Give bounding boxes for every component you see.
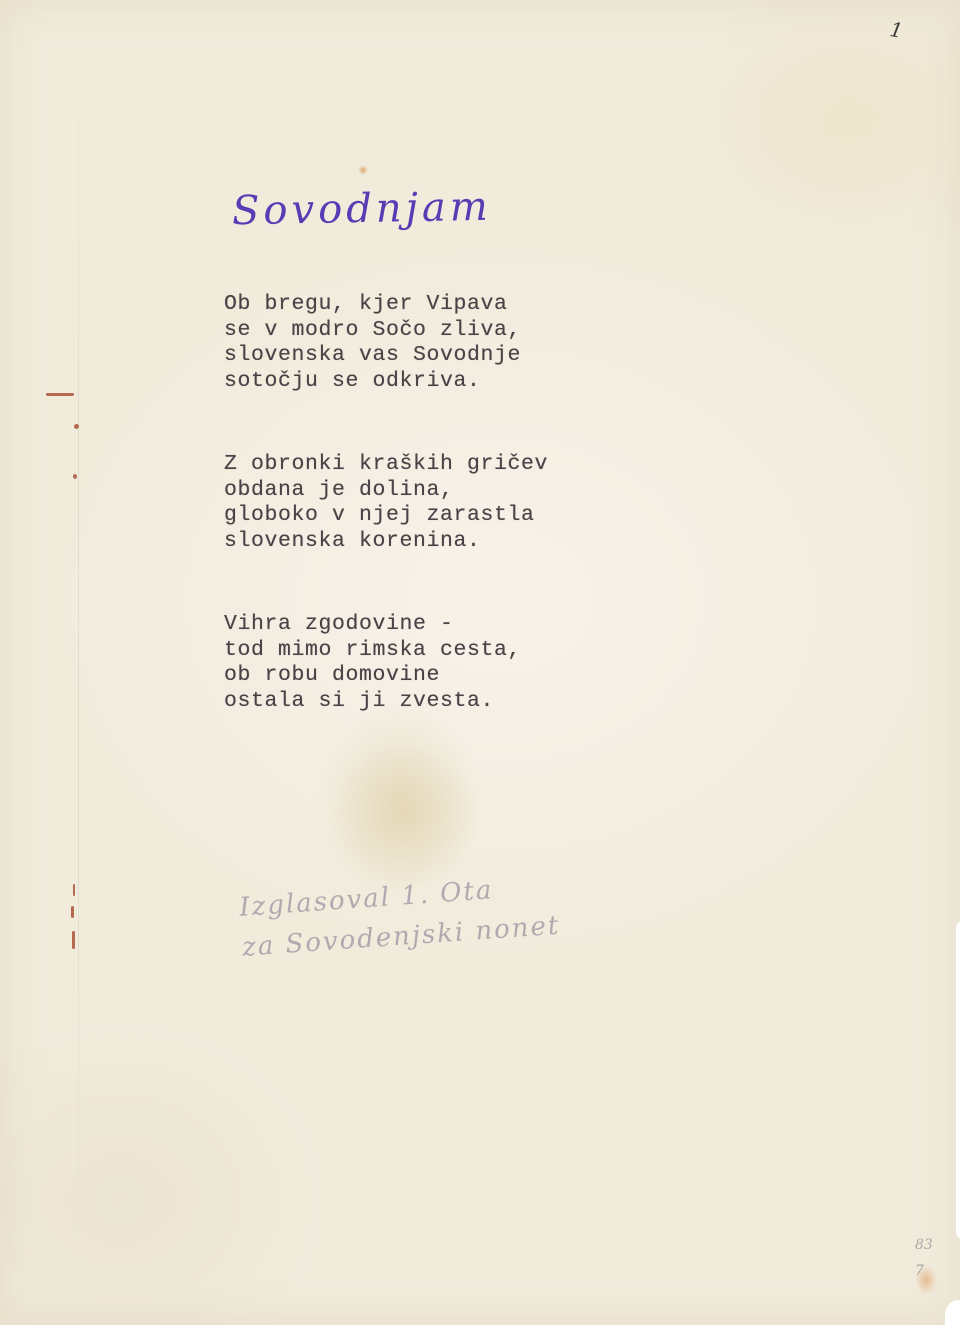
corner-mark: 7 [915, 1258, 933, 1284]
poem-stanza-3: Vihra zgodovine - tod mimo rimska cesta,… [224, 612, 548, 714]
poem-line: tod mimo rimska cesta, [224, 638, 548, 664]
torn-corner [945, 1300, 968, 1325]
poem-line: se v modro Sočo zliva, [224, 318, 548, 344]
torn-edge [956, 920, 968, 1240]
poem-line: slovenska korenina. [224, 529, 548, 555]
handwritten-title: Sovodnjam [232, 184, 492, 235]
staple-rust-mark [74, 424, 79, 429]
poem-line: slovenska vas Sovodnje [224, 343, 548, 369]
poem-line: ostala si ji zvesta. [224, 689, 548, 715]
staple-rust-mark [71, 906, 74, 918]
stain-speck [358, 165, 368, 175]
typewritten-poem: Ob bregu, kjer Vipava se v modro Sočo zl… [224, 292, 548, 772]
staple-rust-mark [72, 931, 75, 949]
poem-stanza-2: Z obronki kraških gričev obdana je dolin… [224, 452, 548, 554]
staple-rust-mark [73, 884, 75, 896]
poem-line: Vihra zgodovine - [224, 612, 548, 638]
staple-rust-mark [73, 474, 77, 479]
poem-stanza-1: Ob bregu, kjer Vipava se v modro Sočo zl… [224, 292, 548, 394]
poem-line: Z obronki kraških gričev [224, 452, 548, 478]
page-number: 1 [888, 17, 905, 43]
poem-line: obdana je dolina, [224, 478, 548, 504]
pencil-annotation: Izglasoval 1. Ota za Sovodenjski nonet [238, 866, 562, 968]
poem-line: ob robu domovine [224, 663, 548, 689]
poem-line: sotočju se odkriva. [224, 369, 548, 395]
poem-line: globoko v njej zarastla [224, 503, 548, 529]
corner-pencil-marks: 83 7 [915, 1232, 933, 1284]
document-page: 1 Sovodnjam Ob bregu, kjer Vipava se v m… [0, 0, 960, 1325]
paper-fold-line [78, 0, 79, 1325]
poem-line: Ob bregu, kjer Vipava [224, 292, 548, 318]
staple-rust-mark [46, 393, 74, 396]
corner-mark: 83 [915, 1232, 933, 1258]
